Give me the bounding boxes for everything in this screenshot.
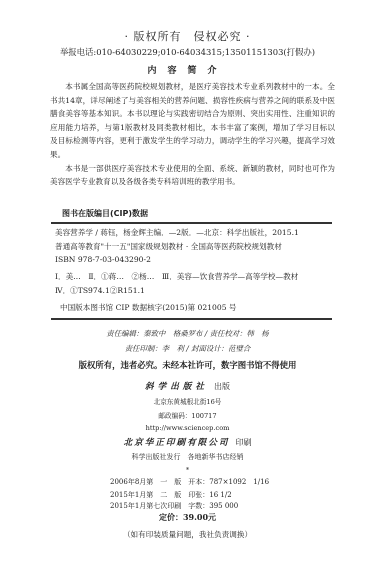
quality-note: （如有印装质量问题，我社负责调换） <box>0 529 375 540</box>
introduction-body: 本书属全国高等医药院校规划教材，是医疗美容技术专业系列教材中的一本。全书共14章… <box>50 80 335 189</box>
publisher-postcode: 邮政编码：100717 <box>0 410 375 420</box>
edition-spec: 2015年1月第七次印刷 字数：395 000 <box>110 501 238 511</box>
cip-title: 图书在版编目(CIP)数据 <box>62 208 148 219</box>
credits-editors: 责任编辑：秦致中 格桑罗布 / 责任校对：韩 杨 <box>0 328 375 339</box>
publisher-name: 斜学出版社 <box>145 382 208 392</box>
report-phone: 举报电话:010-64030229;010-64034315;135011513… <box>0 46 375 58</box>
credits-production: 责任印制：李 利 / 封面设计：范璧合 <box>0 343 375 354</box>
introduction-paragraph: 本书属全国高等医药院校规划教材，是医疗美容技术专业系列教材中的一本。全书共14章… <box>50 80 335 162</box>
copyright-heading: · 版权所有 侵权必究 · <box>0 28 375 44</box>
rights-notice: 版权所有，违者必究。未经本社许可，数字图书馆不得使用 <box>0 359 375 371</box>
cip-line: Ⅳ．①TS974.1②R151.1 <box>55 285 145 296</box>
cip-number: 中国版本图书馆 CIP 数据核字(2015)第 021005 号 <box>60 302 237 313</box>
publisher-line: 斜学出版社出版 <box>0 380 375 392</box>
cip-isbn: ISBN 978-7-03-043290-2 <box>55 255 151 264</box>
publisher-address: 北京东黄城根北街16号 <box>0 396 375 406</box>
cip-line: 美容营养学 / 蒋钰，杨金辉主编．—2版．—北京：科学出版社，2015.1 <box>55 227 299 238</box>
separator-star: * <box>0 466 375 474</box>
edition-spec: 2006年8月第 一 版 开本：787×1092 1/16 <box>110 477 269 487</box>
introduction-title: 内容简介 <box>0 63 375 76</box>
cip-line: 普通高等教育"十一五"国家级规划教材 · 全国高等医药院校规划教材 <box>55 241 282 252</box>
distribution: 科学出版社发行 各地新华书店经销 <box>0 452 375 462</box>
introduction-paragraph: 本书是一部供医疗美容技术专业使用的全面、系统、新颖的教材，同时也可作为美容医学专… <box>50 162 335 189</box>
publisher-website: http://www.sciencep.com <box>0 424 375 432</box>
printer-line: 北京华正印刷有限公司印刷 <box>0 436 375 448</box>
printer-suffix: 印刷 <box>235 438 251 447</box>
publisher-suffix: 出版 <box>214 382 230 391</box>
cip-top-rule <box>51 222 332 224</box>
price: 定价：39.00元 <box>0 512 375 523</box>
cip-line: Ⅰ．美… Ⅱ．①蒋… ②杨… Ⅲ．美容—饮食营养学—高等学校—教材 <box>55 271 298 282</box>
edition-spec: 2015年1月第 二 版 印张：16 1/2 <box>110 490 232 500</box>
cip-bottom-rule <box>51 318 332 320</box>
printer-name: 北京华正印刷有限公司 <box>124 438 230 448</box>
